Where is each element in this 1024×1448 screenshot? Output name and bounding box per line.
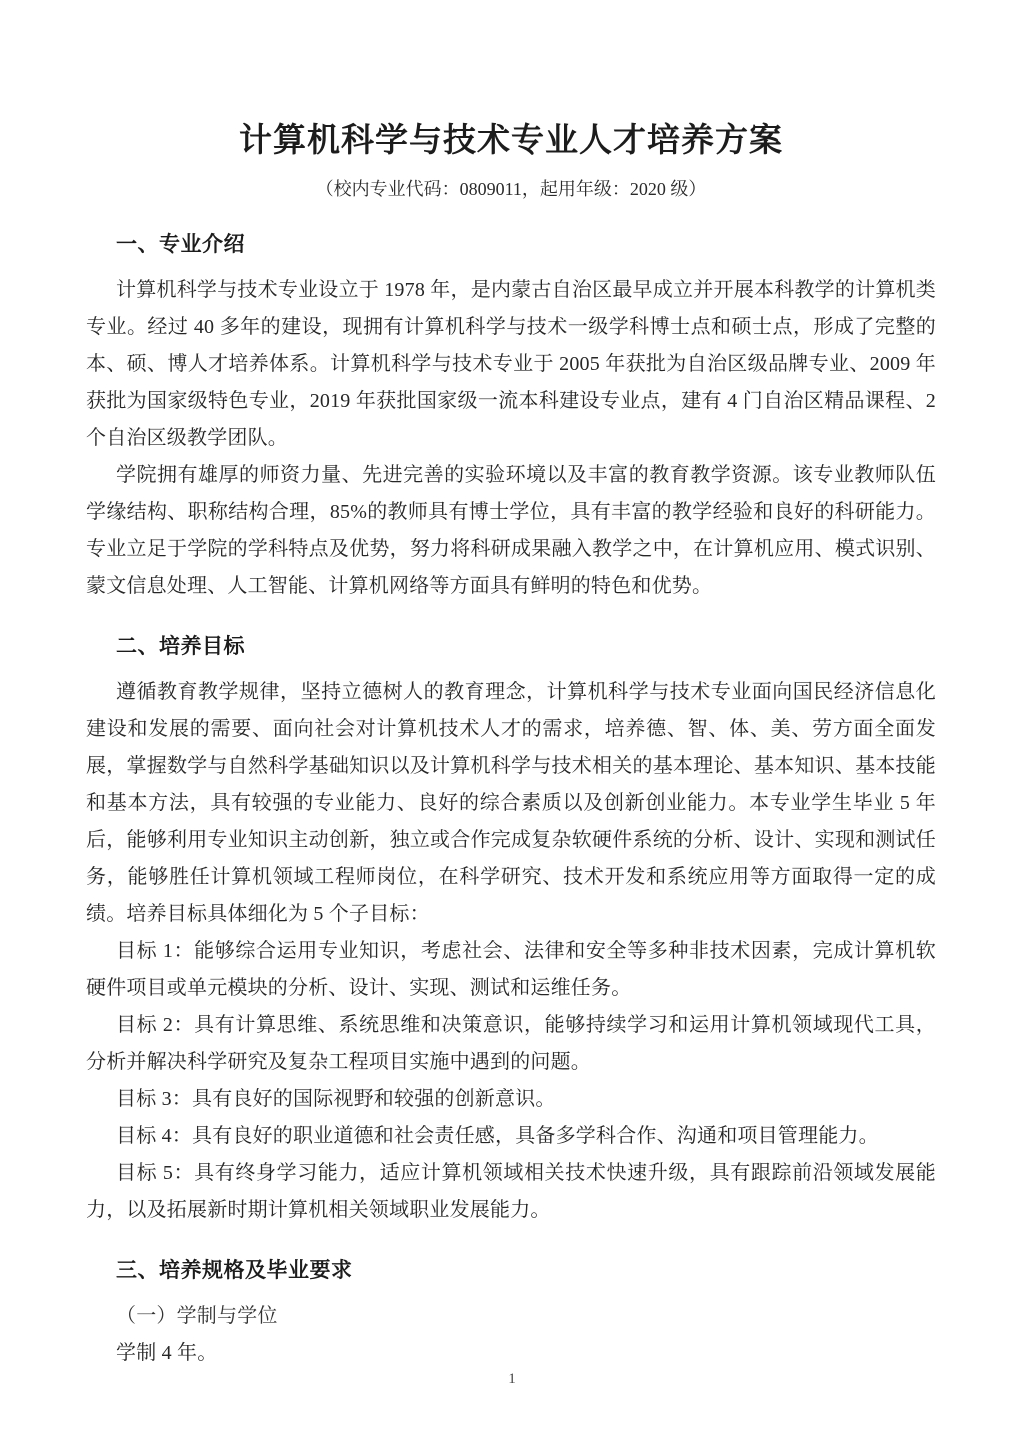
paragraph-schooling-duration: 学制 4 年。 — [86, 1335, 936, 1372]
section-heading-training-goals: 二、培养目标 — [86, 628, 936, 666]
section-heading-intro: 一、专业介绍 — [86, 226, 936, 264]
page-number: 1 — [0, 1371, 1024, 1388]
paragraph-intro-faculty: 学院拥有雄厚的师资力量、先进完善的实验环境以及丰富的教育教学资源。该专业教师队伍… — [86, 457, 936, 605]
goal-item-4: 目标 4：具有良好的职业道德和社会责任感，具备多学科合作、沟通和项目管理能力。 — [86, 1118, 936, 1155]
document-page: 计算机科学与技术专业人才培养方案 （校内专业代码：0809011，起用年级：20… — [0, 0, 1024, 1448]
goal-item-2: 目标 2：具有计算思维、系统思维和决策意识，能够持续学习和运用计算机领域现代工具… — [86, 1007, 936, 1081]
document-title: 计算机科学与技术专业人才培养方案 — [86, 118, 936, 162]
goal-item-3: 目标 3：具有良好的国际视野和较强的创新意识。 — [86, 1081, 936, 1118]
section-heading-requirements: 三、培养规格及毕业要求 — [86, 1252, 936, 1290]
paragraph-training-goals-overview: 遵循教育教学规律，坚持立德树人的教育理念，计算机科学与技术专业面向国民经济信息化… — [86, 674, 936, 933]
goal-item-5: 目标 5：具有终身学习能力，适应计算机领域相关技术快速升级，具有跟踪前沿领域发展… — [86, 1155, 936, 1229]
document-subtitle: （校内专业代码：0809011，起用年级：2020 级） — [86, 175, 936, 203]
subsection-heading-schooling-degree: （一）学制与学位 — [86, 1298, 936, 1335]
paragraph-intro-history: 计算机科学与技术专业设立于 1978 年，是内蒙古自治区最早成立并开展本科教学的… — [86, 272, 936, 457]
goal-item-1: 目标 1：能够综合运用专业知识，考虑社会、法律和安全等多种非技术因素，完成计算机… — [86, 933, 936, 1007]
